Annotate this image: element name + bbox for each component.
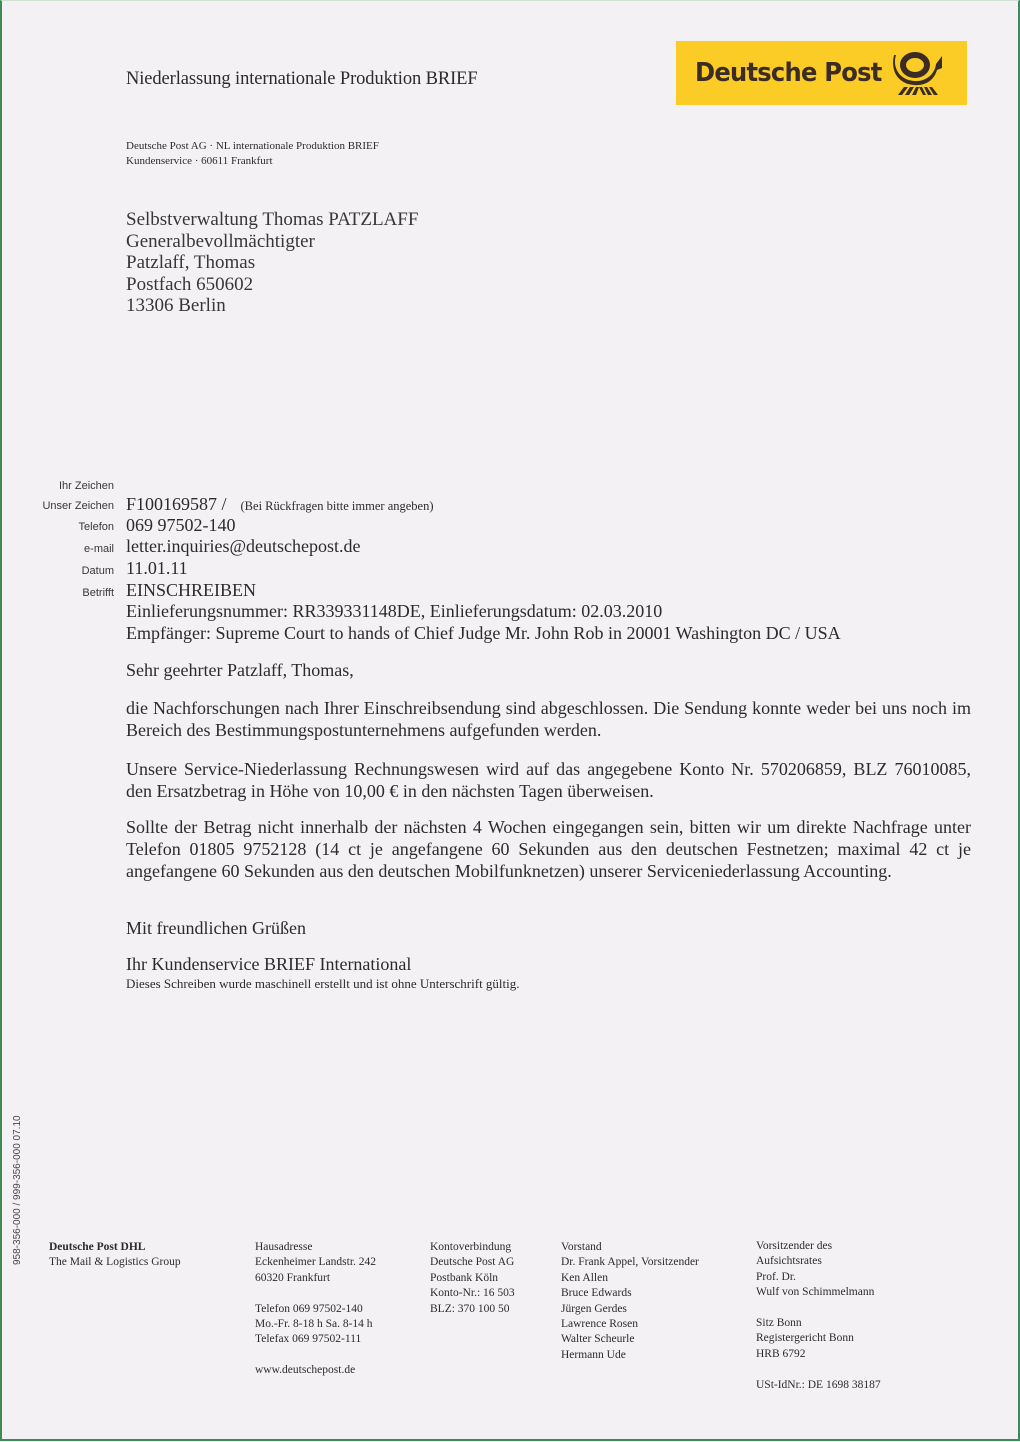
- footer-line: Telefax 069 97502-111: [255, 1332, 376, 1347]
- footer-line: 60320 Frankfurt: [255, 1271, 376, 1286]
- footer-line: Ken Allen: [561, 1271, 699, 1286]
- paragraph: die Nachforschungen nach Ihrer Einschrei…: [126, 697, 971, 741]
- recipient-line: Postfach 650602: [126, 274, 418, 296]
- machine-note: Dieses Schreiben wurde maschinell erstel…: [126, 976, 520, 992]
- footer-company: Deutsche Post DHL The Mail & Logistics G…: [49, 1240, 181, 1271]
- betrifft-label: Betrifft: [82, 587, 114, 599]
- branch-title: Niederlassung internationale Produktion …: [126, 69, 478, 90]
- recipient-line: 13306 Berlin: [126, 295, 418, 317]
- footer-line: Sitz Bonn: [756, 1316, 881, 1331]
- footer-line: Telefon 069 97502-140: [255, 1302, 376, 1317]
- recipient-line: Selbstverwaltung Thomas PATZLAFF: [126, 209, 418, 231]
- logo-text: Deutsche Post: [695, 58, 882, 88]
- unser-zeichen-value: F100169587 /(Bei Rückfragen bitte immer …: [126, 494, 434, 515]
- telefon-value: 069 97502-140: [126, 515, 236, 536]
- footer-line: The Mail & Logistics Group: [49, 1255, 181, 1270]
- posthorn-icon: [890, 50, 946, 96]
- reference-note: (Bei Rückfragen bitte immer angeben): [241, 499, 434, 513]
- paragraph: Sollte der Betrag nicht innerhalb der nä…: [126, 816, 971, 882]
- sender-address: Deutsche Post AG · NL internationale Pro…: [126, 139, 379, 169]
- paragraph: Unsere Service-Niederlassung Rechnungswe…: [126, 758, 971, 802]
- footer-line: Jürgen Gerdes: [561, 1302, 699, 1317]
- betrifft-line: EINSCHREIBEN: [126, 580, 256, 601]
- website-link[interactable]: www.deutschepost.de: [255, 1363, 376, 1378]
- footer-hausadresse: Hausadresse Eckenheimer Landstr. 242 603…: [255, 1240, 376, 1379]
- datum-value: 11.01.11: [126, 558, 188, 579]
- footer-line: Prof. Dr.: [756, 1270, 881, 1285]
- footer-line: [756, 1362, 881, 1377]
- email-value: letter.inquiries@deutschepost.de: [126, 536, 361, 557]
- footer-line: Konto-Nr.: 16 503: [430, 1286, 515, 1301]
- footer-line: Postbank Köln: [430, 1271, 515, 1286]
- sender-line: Deutsche Post AG · NL internationale Pro…: [126, 139, 379, 154]
- unser-zeichen-label: Unser Zeichen: [42, 500, 114, 512]
- betrifft-line: Einlieferungsnummer: RR339331148DE, Einl…: [126, 601, 662, 622]
- footer-line: Bruce Edwards: [561, 1286, 699, 1301]
- footer-line: Hermann Ude: [561, 1348, 699, 1363]
- salutation: Sehr geehrter Patzlaff, Thomas,: [126, 660, 354, 681]
- recipient-line: Patzlaff, Thomas: [126, 252, 418, 274]
- sender-line: Kundenservice · 60611 Frankfurt: [126, 154, 379, 169]
- datum-label: Datum: [82, 565, 114, 577]
- closing: Mit freundlichen Grüßen: [126, 918, 306, 939]
- footer-line: Wulf von Schimmelmann: [756, 1285, 881, 1300]
- footer-line: Mo.-Fr. 8-18 h Sa. 8-14 h: [255, 1317, 376, 1332]
- signature: Ihr Kundenservice BRIEF International: [126, 954, 411, 975]
- footer-line: [255, 1348, 376, 1363]
- footer-line: Aufsichtsrates: [756, 1254, 881, 1269]
- footer-line: Lawrence Rosen: [561, 1317, 699, 1332]
- footer-line: Vorsitzender des: [756, 1239, 881, 1254]
- footer-line: Walter Scheurle: [561, 1332, 699, 1347]
- footer-line: Eckenheimer Landstr. 242: [255, 1255, 376, 1270]
- footer-aufsichtsrat: Vorsitzender des Aufsichtsrates Prof. Dr…: [756, 1239, 881, 1393]
- betrifft-line: Empfänger: Supreme Court to hands of Chi…: [126, 623, 841, 644]
- footer-line: Vorstand: [561, 1240, 699, 1255]
- form-code: 958-356-000 / 999-356-000 07.10: [12, 1115, 23, 1265]
- reference-number: F100169587 /: [126, 494, 227, 514]
- footer-line: Dr. Frank Appel, Vorsitzender: [561, 1255, 699, 1270]
- footer-line: Deutsche Post DHL: [49, 1240, 181, 1255]
- footer-line: Hausadresse: [255, 1240, 376, 1255]
- footer-line: Registergericht Bonn: [756, 1331, 881, 1346]
- footer-line: USt-IdNr.: DE 1698 38187: [756, 1378, 881, 1393]
- footer-line: Deutsche Post AG: [430, 1255, 515, 1270]
- footer-line: [756, 1301, 881, 1316]
- recipient-line: Generalbevollmächtigter: [126, 231, 418, 253]
- footer-vorstand: Vorstand Dr. Frank Appel, Vorsitzender K…: [561, 1240, 699, 1363]
- footer-line: Kontoverbindung: [430, 1240, 515, 1255]
- footer-line: BLZ: 370 100 50: [430, 1302, 515, 1317]
- footer-line: [255, 1286, 376, 1301]
- recipient-address: Selbstverwaltung Thomas PATZLAFF General…: [126, 209, 418, 317]
- email-label: e-mail: [84, 543, 114, 555]
- telefon-label: Telefon: [79, 521, 114, 533]
- footer-konto: Kontoverbindung Deutsche Post AG Postban…: [430, 1240, 515, 1317]
- deutsche-post-logo: Deutsche Post: [676, 41, 967, 105]
- ihr-zeichen-label: Ihr Zeichen: [59, 480, 114, 492]
- footer-line: HRB 6792: [756, 1347, 881, 1362]
